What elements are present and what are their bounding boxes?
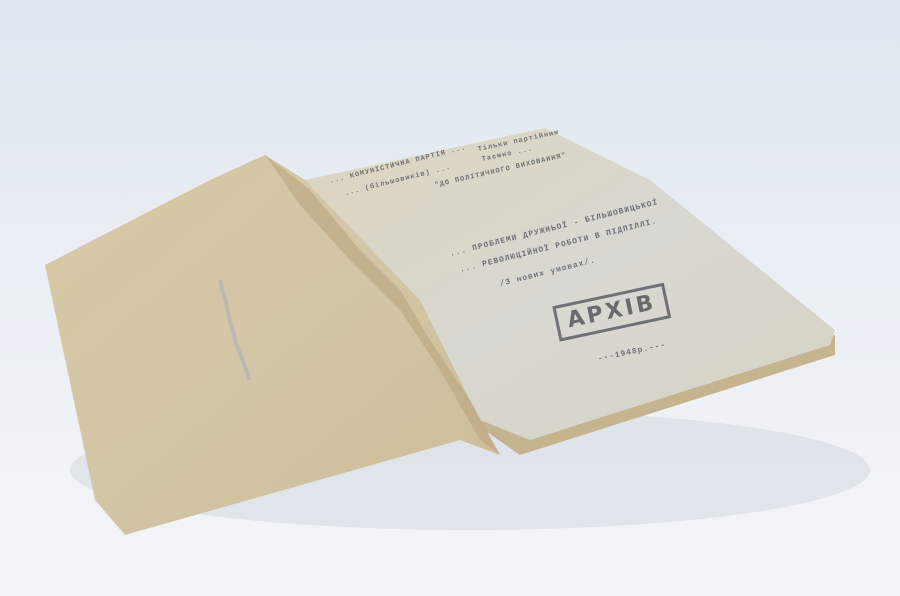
photo-scene: ... КОМУНІСТИЧНА ПАРТІЯ ... ... (більшов… bbox=[0, 0, 900, 596]
booklet-illustration bbox=[0, 0, 900, 596]
